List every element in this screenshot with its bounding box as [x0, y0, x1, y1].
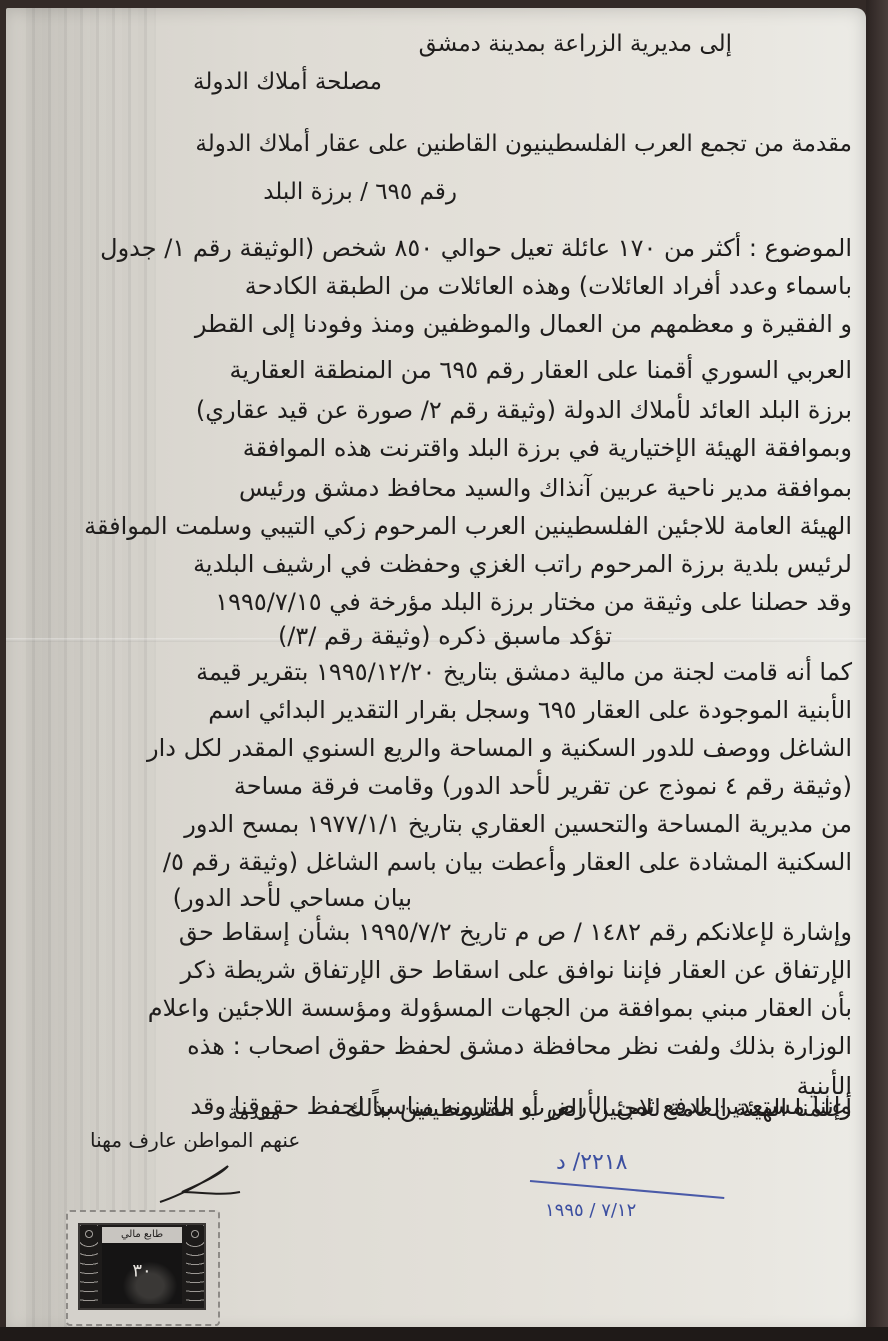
body-line-12: كما أنه قامت لجنة من مالية دمشق بتاريخ ١…	[196, 656, 852, 688]
photo-background: إلى مديرية الزراعة بمدينة دمشق مصلحة أمل…	[0, 0, 888, 1341]
body-line-5: برزة البلد العائد لأملاك الدولة (وثيقة ر…	[196, 394, 852, 426]
body-line-21: بأن العقار مبني بموافقة من الجهات المسؤو…	[148, 992, 852, 1024]
registration-number: ٢٢١٨/ د	[556, 1150, 627, 1175]
body-line-18: بيان مساحي لأحد الدور)	[173, 882, 412, 914]
body-line-3: و الفقيرة و معظمهم من العمال والموظفين و…	[195, 308, 852, 340]
stamp-image: طابع مالي ٣٠	[78, 1223, 206, 1310]
body-line-14: الشاغل ووصف للدور السكنية و المساحة والر…	[147, 732, 852, 764]
body-line-2: باسماء وعدد أفراد العائلات) وهذه العائلا…	[245, 270, 852, 302]
department-line: مصلحة أملاك الدولة	[193, 66, 382, 98]
property-reference: رقم ٦٩٥ / برزة البلد	[263, 176, 457, 208]
body-line-10: وقد حصلنا على وثيقة من مختار برزة البلد …	[215, 586, 852, 618]
body-line-7: بموافقة مدير ناحية عربين آنذاك والسيد مح…	[239, 472, 852, 504]
photo-bottom-edge	[0, 1327, 888, 1341]
body-line-8: الهيئة العامة للاجئين الفلسطينين العرب ا…	[84, 510, 852, 542]
body-line-15: (وثيقة رقم ٤ نموذج عن تقرير لأحد الدور) …	[234, 770, 852, 802]
handwritten-signature	[150, 1162, 250, 1208]
body-line-17: السكنية المشادة على العقار وأعطت بيان با…	[163, 846, 852, 878]
presented-by-label: مقدمة	[228, 1100, 281, 1124]
body-line-22: الوزارة بذلك ولفت نظر محافظة دمشق لحفظ ح…	[187, 1030, 852, 1062]
body-line-19: وإشارة لإعلانكم رقم ١٤٨٢ / ص م تاريخ ١٩٩…	[179, 916, 852, 948]
body-line-20: الإرتفاق عن العقار فإننا نوافق على اسقاط…	[181, 954, 853, 986]
body-line-13: الأبنية الموجودة على العقار ٦٩٥ وسجل بقر…	[208, 694, 852, 726]
revenue-stamp: طابع مالي ٣٠	[66, 1210, 220, 1326]
addressee-line: إلى مديرية الزراعة بمدينة دمشق	[419, 28, 732, 60]
signatory-name: عنهم المواطن عارف مهنا	[90, 1128, 300, 1152]
body-line-9: لرئيس بلدية برزة المرحوم راتب الغزي وحفظ…	[193, 548, 852, 580]
body-line-16: من مديرية المساحة والتحسين العقاري بتاري…	[184, 808, 852, 840]
registration-date: ٧/١٢ / ١٩٩٥	[545, 1200, 636, 1221]
stamp-value: ٣٠	[132, 1261, 151, 1282]
body-line-4: العربي السوري أقمنا على العقار رقم ٦٩٥ م…	[229, 354, 852, 386]
body-line-25: أعلمنا الهيئة العامة للاجئين العرب الفلس…	[345, 1092, 852, 1124]
stamp-label: طابع مالي	[102, 1227, 182, 1243]
applicant-line: مقدمة من تجمع العرب الفلسطينيون القاطنين…	[195, 128, 852, 160]
page-edge-shadow	[866, 0, 888, 1341]
body-line-11: تؤكد ماسبق ذكره (وثيقة رقم /٣/)	[278, 620, 612, 652]
body-line-6: وبموافقة الهيئة الإختيارية في برزة البلد…	[243, 432, 852, 464]
body-line-1: الموضوع : أكثر من ١٧٠ عائلة تعيل حوالي ٨…	[100, 232, 852, 264]
